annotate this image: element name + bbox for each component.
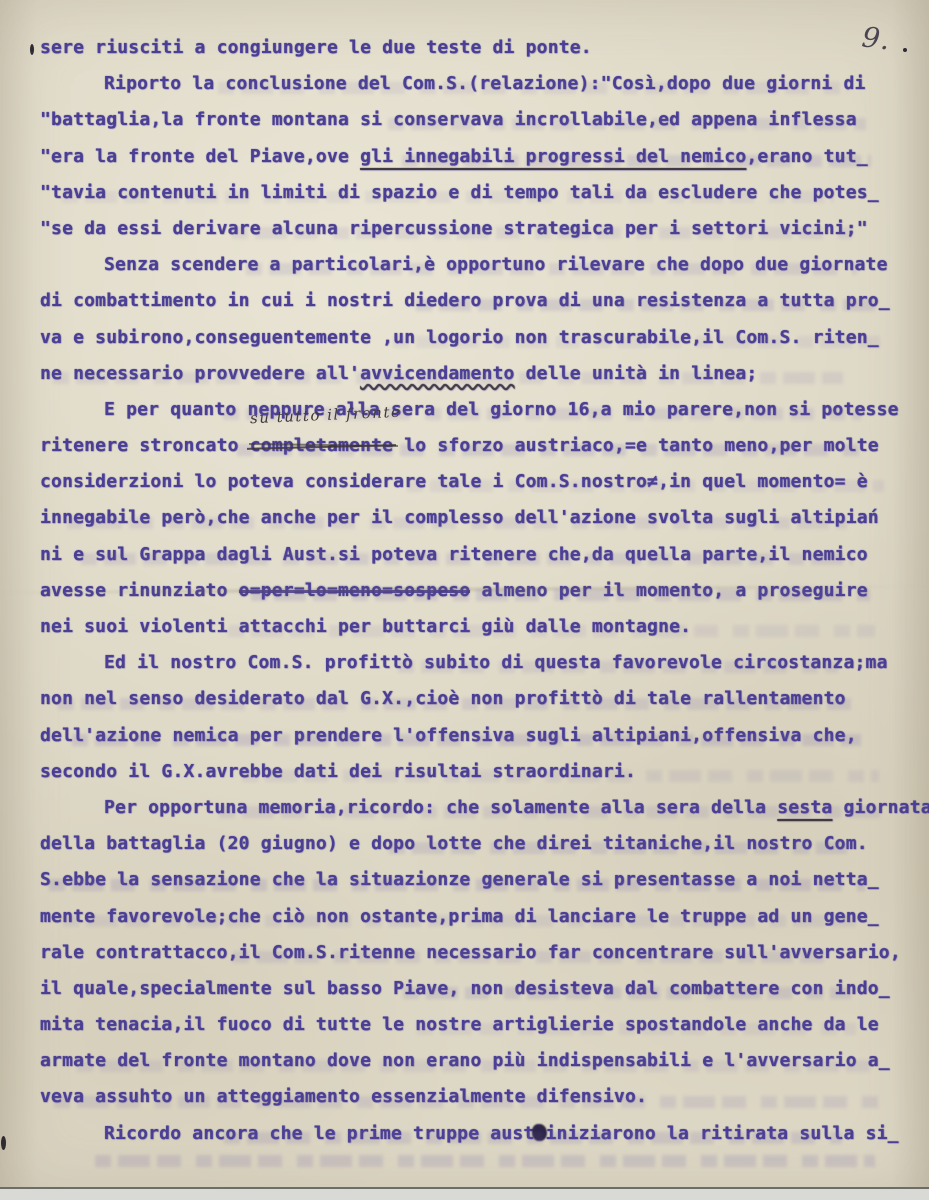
typed-text-segment: dell'azione nemica per prendere l'offens… (40, 725, 857, 746)
typed-line: S.ebbe la sensazione che la situazionze … (40, 862, 900, 898)
typed-line: ritenere stroncato su tutto il frontecom… (40, 428, 900, 464)
typed-text-segment: "se da essi derivare alcuna ripercussion… (40, 218, 868, 239)
typed-line: mente favorevole;che ciò non ostante,pri… (40, 899, 900, 935)
typed-text-segment: iniziarono la ritirata sulla si_ (546, 1123, 899, 1144)
underlined-phrase: sesta (777, 797, 832, 818)
typed-text-segment: S.ebbe la sensazione che la situazionze … (40, 869, 879, 890)
hand-struck-word: completamente (250, 435, 393, 456)
typed-line: della battaglia (20 giugno) e dopo lotte… (40, 826, 900, 862)
ink-speck (1, 1136, 6, 1150)
typed-text-segment: delle unità in linea; (515, 363, 758, 384)
underlined-phrase: gli innegabili progressi del nemico (360, 146, 746, 167)
typed-line: nei suoi violenti attacchi per buttarci … (40, 609, 900, 645)
typed-line: di combattimento in cui i nostri diedero… (40, 283, 900, 319)
typed-text-segment: "tavia contenuti in limiti di spazio e d… (40, 182, 879, 203)
typed-text-segment: E per quanto neppure alla sera del giorn… (104, 399, 899, 420)
ink-speck (30, 44, 34, 55)
typed-line: considerzioni lo poteva considerare tale… (40, 464, 900, 500)
typed-text-segment: innegabile però,che anche per il comples… (40, 507, 879, 528)
typed-text-segment: non nel senso desiderato dal G.X.,cioè n… (40, 688, 846, 709)
typed-text-segment: Ricordo ancora che le prime truppe aust (104, 1123, 534, 1144)
typed-line: "era la fronte del Piave,ove gli innegab… (40, 139, 900, 175)
typed-text-segment: nei suoi violenti attacchi per buttarci … (40, 616, 691, 637)
typed-text-segment: "era la fronte del Piave,ove (40, 146, 360, 167)
typed-text-segment: rale contrattacco,il Com.S.ritenne neces… (40, 942, 901, 963)
ink-speck (903, 48, 907, 52)
typed-line: il quale,specialmente sul basso Piave, n… (40, 971, 900, 1007)
typed-line: ni e sul Grappa dagli Aust.si poteva rit… (40, 537, 900, 573)
typed-text-segment: ,erano tut_ (746, 146, 867, 167)
scan-bottom-edge (0, 1187, 929, 1200)
typed-text-segment: mente favorevole;che ciò non ostante,pri… (40, 906, 879, 927)
typed-text-segment: ritenere stroncato (40, 435, 250, 456)
typed-line: E per quanto neppure alla sera del giorn… (40, 392, 900, 428)
typed-text-segment: considerzioni lo poteva considerare tale… (40, 471, 868, 492)
typed-line: "battaglia,la fronte montana si conserva… (40, 102, 900, 138)
typed-line: armate del fronte montano dove non erano… (40, 1043, 900, 1079)
bleedthrough-ghost-line (95, 1155, 875, 1167)
typed-text-segment: il quale,specialmente sul basso Piave, n… (40, 978, 890, 999)
typed-line: secondo il G.X.avrebbe dati dei risultai… (40, 754, 900, 790)
typed-text-segment: "battaglia,la fronte montana si conserva… (40, 109, 857, 130)
typed-line: Ed il nostro Com.S. profittò subito di q… (40, 645, 900, 681)
typed-text-segment: giornata (832, 797, 929, 818)
typed-line: "tavia contenuti in limiti di spazio e d… (40, 175, 900, 211)
wavy-underlined-word: avvicendamento (360, 363, 515, 384)
ink-blot: X (534, 1123, 545, 1144)
typed-text-segment: ne necessario provvedere all' (40, 363, 360, 384)
typed-text-segment: Riporto la conclusione del Com.S.(relazi… (104, 73, 866, 94)
typed-text-segment: Per opportuna memoria,ricordo: che solam… (104, 797, 777, 818)
typed-line: dell'azione nemica per prendere l'offens… (40, 718, 900, 754)
typed-text-segment: sere riusciti a congiungere le due teste… (40, 37, 592, 58)
typed-text-segment: veva assuhto un atteggiamento essenzialm… (40, 1086, 647, 1107)
typed-line: non nel senso desiderato dal G.X.,cioè n… (40, 681, 900, 717)
typed-text-segment: della battaglia (20 giugno) e dopo lotte… (40, 833, 868, 854)
typed-text-segment: Senza scendere a particolari,è opportuno… (104, 254, 888, 275)
typed-line: va e subirono,conseguentemente ,un logor… (40, 320, 900, 356)
typed-text-segment: va e subirono,conseguentemente ,un logor… (40, 327, 879, 348)
typed-text-segment: lo sforzo austriaco,=e tanto meno,per mo… (393, 435, 879, 456)
typed-line: Riporto la conclusione del Com.S.(relazi… (40, 66, 900, 102)
typed-line: veva assuhto un atteggiamento essenzialm… (40, 1079, 900, 1115)
typed-text-segment: Ed il nostro Com.S. profittò subito di q… (104, 652, 888, 673)
typed-line: ne necessario provvedere all'avvicendame… (40, 356, 900, 392)
scanned-document-page: 9. sere riusciti a congiungere le due te… (0, 0, 929, 1200)
typed-line: sere riusciti a congiungere le due teste… (40, 30, 900, 66)
typed-line: mita tenacia,il fuoco di tutte le nostre… (40, 1007, 900, 1043)
typed-line: Ricordo ancora che le prime truppe austX… (40, 1116, 900, 1152)
typed-text-segment: secondo il G.X.avrebbe dati dei risultai… (40, 761, 636, 782)
typed-text-segment: armate del fronte montano dove non erano… (40, 1050, 890, 1071)
typed-line: rale contrattacco,il Com.S.ritenne neces… (40, 935, 900, 971)
typed-text-segment: mita tenacia,il fuoco di tutte le nostre… (40, 1014, 879, 1035)
typed-line: "se da essi derivare alcuna ripercussion… (40, 211, 900, 247)
typed-line: innegabile però,che anche per il comples… (40, 500, 900, 536)
typed-text-segment: di combattimento in cui i nostri diedero… (40, 290, 890, 311)
typed-text-segment: ni e sul Grappa dagli Aust.si poteva rit… (40, 544, 868, 565)
typed-line: Senza scendere a particolari,è opportuno… (40, 247, 900, 283)
typed-line: Per opportuna memoria,ricordo: che solam… (40, 790, 900, 826)
